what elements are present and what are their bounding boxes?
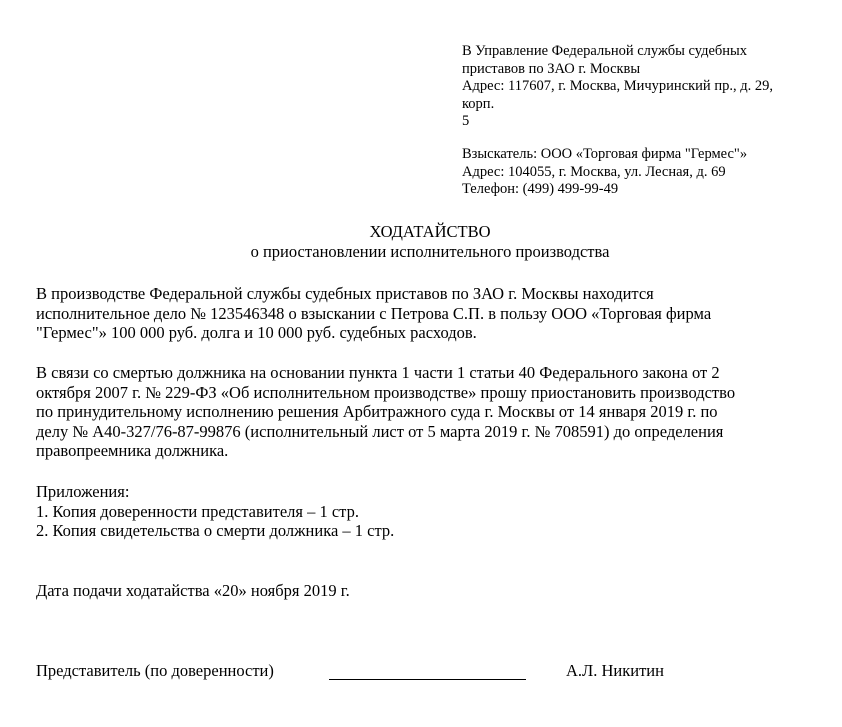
attachments-heading: Приложения: xyxy=(36,482,836,502)
addressee-address-line: корп. xyxy=(462,96,822,114)
addressee-address-line: Адрес: 117607, г. Москва, Мичуринский пр… xyxy=(462,78,822,96)
paragraph-line: октября 2007 г. № 229-ФЗ «Об исполнитель… xyxy=(36,383,836,403)
addressee-address-line: 5 xyxy=(462,113,822,131)
paragraph-line: делу № А40-327/76-87-99876 (исполнительн… xyxy=(36,422,836,442)
paragraph-line: В производстве Федеральной службы судебн… xyxy=(36,284,836,304)
paragraph-line: правопреемника должника. xyxy=(36,441,836,461)
attachment-item: 2. Копия свидетельства о смерти должника… xyxy=(36,521,836,541)
addressee-block: В Управление Федеральной службы судебных… xyxy=(462,43,822,131)
claimant-phone: Телефон: (499) 499-99-49 xyxy=(462,181,822,199)
filing-date-text: Дата подачи ходатайства «20» ноября 2019… xyxy=(36,581,836,601)
paragraph-line: исполнительное дело № 123546348 о взыска… xyxy=(36,304,836,324)
document-heading: ХОДАТАЙСТВО о приостановлении исполнител… xyxy=(0,222,842,262)
signature-row: Представитель (по доверенности) А.Л. Ник… xyxy=(36,661,816,683)
claimant-block: Взыскатель: ООО «Торговая фирма "Гермес"… xyxy=(462,146,822,199)
filing-date: Дата подачи ходатайства «20» ноября 2019… xyxy=(36,581,836,601)
signer-name: А.Л. Никитин xyxy=(566,661,664,681)
addressee-line: приставов по ЗАО г. Москвы xyxy=(462,61,822,79)
signature-line xyxy=(329,679,526,680)
claimant-address: Адрес: 104055, г. Москва, ул. Лесная, д.… xyxy=(462,164,822,182)
paragraph-request: В связи со смертью должника на основании… xyxy=(36,363,836,461)
paragraph-case-description: В производстве Федеральной службы судебн… xyxy=(36,284,836,343)
signer-role: Представитель (по доверенности) xyxy=(36,661,274,681)
attachment-item: 1. Копия доверенности представителя – 1 … xyxy=(36,502,836,522)
paragraph-line: по принудительному исполнению решения Ар… xyxy=(36,402,836,422)
paragraph-line: В связи со смертью должника на основании… xyxy=(36,363,836,383)
addressee-line: В Управление Федеральной службы судебных xyxy=(462,43,822,61)
attachments-list: Приложения: 1. Копия доверенности предст… xyxy=(36,482,836,541)
document-subtitle: о приостановлении исполнительного произв… xyxy=(0,242,842,262)
claimant-name: Взыскатель: ООО «Торговая фирма "Гермес"… xyxy=(462,146,822,164)
paragraph-line: "Гермес"» 100 000 руб. долга и 10 000 ру… xyxy=(36,323,836,343)
document-title: ХОДАТАЙСТВО xyxy=(0,222,842,242)
